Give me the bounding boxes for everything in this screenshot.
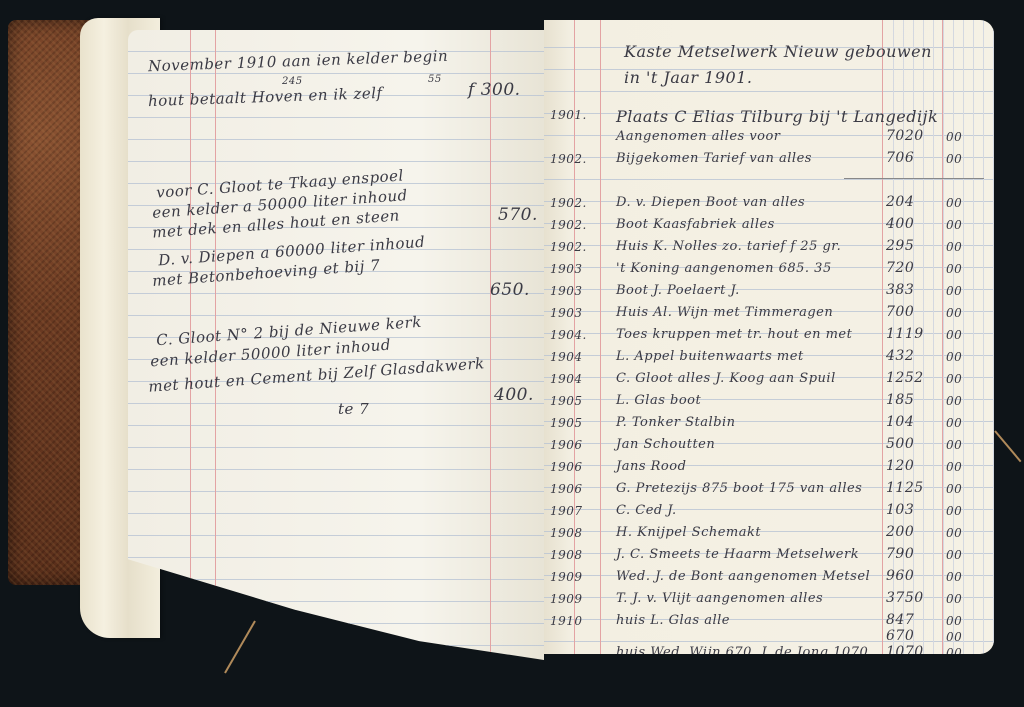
ledger-row: 1909Wed. J. de Bont aangenomen Metsel960… — [544, 566, 994, 588]
ledger-row: Aangenomen alles voor702000 — [544, 126, 994, 148]
right-page: Kaste Metselwerk Nieuw gebouwen in 't Ja… — [544, 20, 994, 654]
superscript-note: 245 — [282, 76, 303, 87]
entry-amount: f 300. — [468, 80, 521, 100]
ledger-row: 1906Jans Rood12000 — [544, 456, 994, 478]
ledger-row: 1902.Boot Kaasfabriek alles40000 — [544, 214, 994, 236]
ledger-row: huis Wed. Wijn 670. J. de Jong 1070.1070… — [544, 642, 994, 654]
entry-amount: 650. — [490, 280, 530, 300]
page-heading: Kaste Metselwerk Nieuw gebouwen — [624, 42, 932, 61]
binding-string — [994, 430, 1021, 462]
entry-amount: 570. — [498, 205, 538, 225]
ledger-row: 1905L. Glas boot18500 — [544, 390, 994, 412]
amount-column-line — [490, 30, 491, 660]
entry-text: te 7 — [338, 400, 369, 418]
ledger-row: 1906G. Pretezijs 875 boot 175 van alles1… — [544, 478, 994, 500]
ledger-row: 1903't Koning aangenomen 685. 3572000 — [544, 258, 994, 280]
entry-amount: 400. — [494, 385, 534, 405]
ledger-row: 1908J. C. Smeets te Haarm Metselwerk7900… — [544, 544, 994, 566]
ledger-row: 1908H. Knijpel Schemakt20000 — [544, 522, 994, 544]
ledger-row: 1907C. Ced J.10300 — [544, 500, 994, 522]
ledger-row: 1909T. J. v. Vlijt aangenomen alles37500… — [544, 588, 994, 610]
ledger-row: 1906Jan Schoutten50000 — [544, 434, 994, 456]
ledger-row: 1902.D. v. Diepen Boot van alles20400 — [544, 192, 994, 214]
binding-string — [224, 621, 256, 674]
ledger-row: 1905P. Tonker Stalbin10400 — [544, 412, 994, 434]
ledger-row: 1904C. Gloot alles J. Koog aan Spuil1252… — [544, 368, 994, 390]
left-page: November 1910 aan ien kelder begin hout … — [128, 30, 544, 660]
ledger-row: 1901.Plaats C Elias Tilburg bij 't Lange… — [544, 104, 994, 126]
ledger-row: 1903Huis Al. Wijn met Timmeragen70000 — [544, 302, 994, 324]
ledger-row: 1903Boot J. Poelaert J.38300 — [544, 280, 994, 302]
ledger-row: 1904.Toes kruppen met tr. hout en met111… — [544, 324, 994, 346]
page-heading: in 't Jaar 1901. — [624, 68, 752, 87]
underline-rule — [844, 178, 984, 179]
ledger-row: 1902.Bijgekomen Tarief van alles70600 — [544, 148, 994, 170]
ledger-row: 1902.Huis K. Nolles zo. tarief f 25 gr.2… — [544, 236, 994, 258]
ledger-row: 1904L. Appel buitenwaarts met43200 — [544, 346, 994, 368]
superscript-note: 55 — [428, 74, 442, 85]
